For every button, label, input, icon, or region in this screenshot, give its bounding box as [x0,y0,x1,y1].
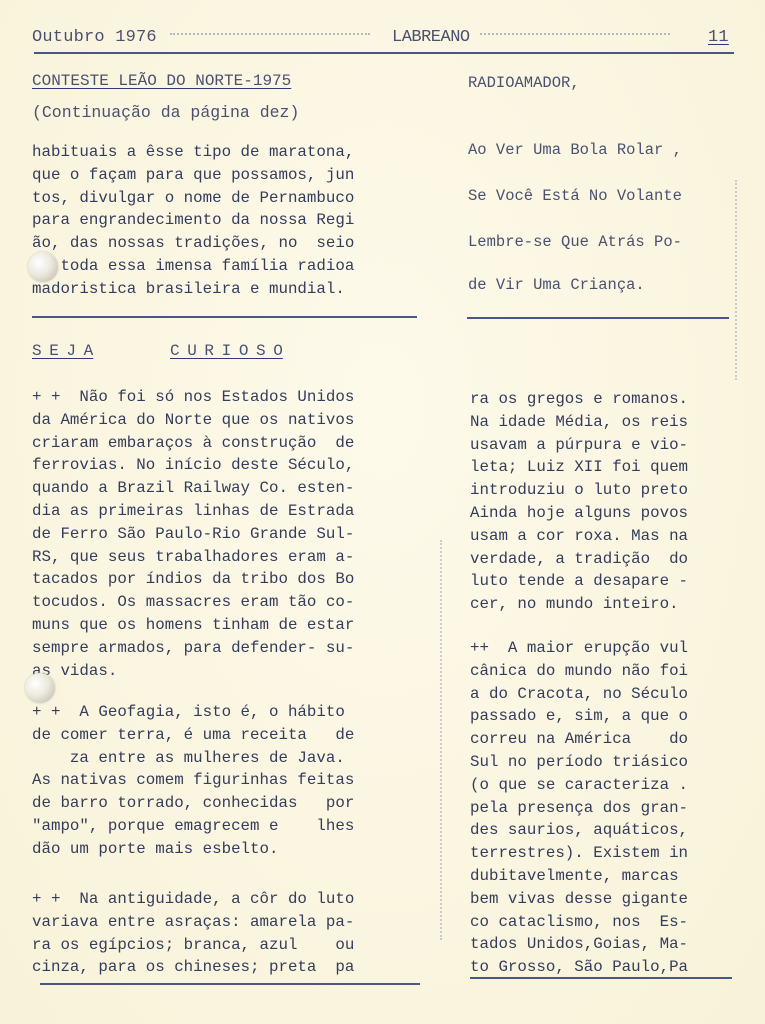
text-line: Sul no período triásico [470,751,688,774]
text-line: cinza, para os chineses; preta pa [32,956,354,979]
newsletter-page: Outubro 1976 LABREANO 11 CONTESTE LEÃO D… [0,0,765,1024]
text-line: bem vivas desse gigante [470,888,688,911]
publication-title: LABREANO [392,28,470,47]
text-line: (o que se caracteriza . [470,774,688,797]
page-header: Outubro 1976 LABREANO 11 [32,28,732,52]
right-top-rule [467,317,729,319]
left-bottom-rule [40,983,420,985]
text-line: "ampo", porque emagrecem e lhes [32,815,354,838]
text-line: + + Na antiguidade, a côr do luto [32,888,354,911]
text-line: + + Não foi só nos Estados Unidos [32,386,354,409]
article-title-contest: CONTESTE LEÃO DO NORTE-1975 [32,72,291,90]
curiosity-item-geophagy: + + A Geofagia, isto é, o hábitode comer… [32,701,354,861]
text-line: verdade, a tradição do [470,548,688,571]
right-margin-dots [735,180,737,380]
text-line: Ainda hoje alguns povos [470,502,688,525]
text-line: co cataclismo, nos Es- [470,911,688,934]
text-line: cânica do mundo não foi [470,660,688,683]
header-rule [34,52,734,54]
text-line: dão um porte mais esbelto. [32,838,354,861]
poem-line-1: Ao Ver Uma Bola Rolar , [468,141,682,159]
text-line: passado e, sim, a que o [470,705,688,728]
poem-line-2: Se Você Está No Volante [468,187,682,205]
page-number: 11 [708,28,729,47]
text-line: introduziu o luto preto [470,479,688,502]
text-line: tos, divulgar o nome de Pernambuco [32,187,354,210]
text-line: que o façam para que possamos, jun [32,164,354,187]
text-line: madoristica brasileira e mundial. [32,278,354,301]
text-line: toda essa imensa família radioa [32,255,354,278]
text-line: muns que os homens tinham de estar [32,614,354,637]
text-line: dubitavelmente, marcas [470,865,688,888]
text-line: criaram embaraços à construção de [32,432,354,455]
mourning-item-continuation: ra os gregos e romanos.Na idade Média, o… [470,388,688,616]
text-line: + + A Geofagia, isto é, o hábito [32,701,354,724]
column-divider-dots [440,540,442,940]
text-line: Na idade Média, os reis [470,411,688,434]
header-dotted-line-right [480,33,670,35]
punch-hole-top [28,252,58,282]
text-line: cer, no mundo inteiro. [470,593,688,616]
text-line: tados Unidos,Goias, Ma- [470,933,688,956]
text-line: terrestres). Existem in [470,842,688,865]
text-line: sempre armados, para defender- su- [32,637,354,660]
curiosity-item-mourning: + + Na antiguidade, a côr do lutovariava… [32,888,354,979]
text-line: luto tende a desapare - [470,570,688,593]
text-line: quando a Brazil Railway Co. esten- [32,477,354,500]
right-bottom-rule [470,977,732,979]
text-line: As nativas comem figurinhas feitas [32,769,354,792]
text-line: usam a cor roxa. Mas na [470,525,688,548]
text-line: as vidas. [32,660,354,683]
curiosity-item-volcano: ++ A maior erupção vulcânica do mundo nã… [470,637,688,979]
contest-article-body: habituais a êsse tipo de maratona,que o … [32,141,354,301]
left-top-rule [32,316,417,318]
text-line: RS, que seus trabalhadores eram a- [32,546,354,569]
text-line: variava entre asraças: amarela pa- [32,911,354,934]
text-line: leta; Luiz XII foi quem [470,456,688,479]
article-subtitle: (Continuação da página dez) [32,102,299,125]
text-line: de barro torrado, conhecidas por [32,792,354,815]
text-line: de Ferro São Paulo-Rio Grande Sul- [32,523,354,546]
radioamador-title: RADIOAMADOR, [468,74,580,92]
text-line: tocudos. Os massacres eram tão co- [32,591,354,614]
text-line: ++ A maior erupção vul [470,637,688,660]
text-line: para engrandecimento da nossa Regi [32,209,354,232]
issue-date: Outubro 1976 [32,28,157,47]
text-line: ão, das nossas tradições, no seio [32,232,354,255]
text-line: ra os egípcios; branca, azul ou [32,934,354,957]
section-title-curioso: C U R I O S O [170,342,283,360]
section-title-seja: S E J A [32,342,93,360]
punch-hole-bottom [25,673,55,703]
text-line: correu na América do [470,728,688,751]
text-line: usavam a púrpura e vio- [470,434,688,457]
text-line: habituais a êsse tipo de maratona, [32,141,354,164]
text-line: ra os gregos e romanos. [470,388,688,411]
text-line: a do Cracota, no Século [470,683,688,706]
text-line: des saurios, aquáticos, [470,819,688,842]
text-line: ferrovias. No início deste Século, [32,454,354,477]
text-line: pela presença dos gran- [470,797,688,820]
text-line: da América do Norte que os nativos [32,409,354,432]
text-line: dia as primeiras linhas de Estrada [32,500,354,523]
header-dotted-line [170,33,370,35]
curiosity-item-railway: + + Não foi só nos Estados Unidosda Amér… [32,386,354,682]
text-line: de comer terra, é uma receita de [32,724,354,747]
text-line: to Grosso, São Paulo,Pa [470,956,688,979]
text-line: tacados por índios da tribo dos Bo [32,568,354,591]
poem-line-3: Lembre-se Que Atrás Po- [468,233,682,251]
poem-line-4: de Vir Uma Criança. [468,276,645,294]
text-line: za entre as mulheres de Java. [32,747,354,770]
